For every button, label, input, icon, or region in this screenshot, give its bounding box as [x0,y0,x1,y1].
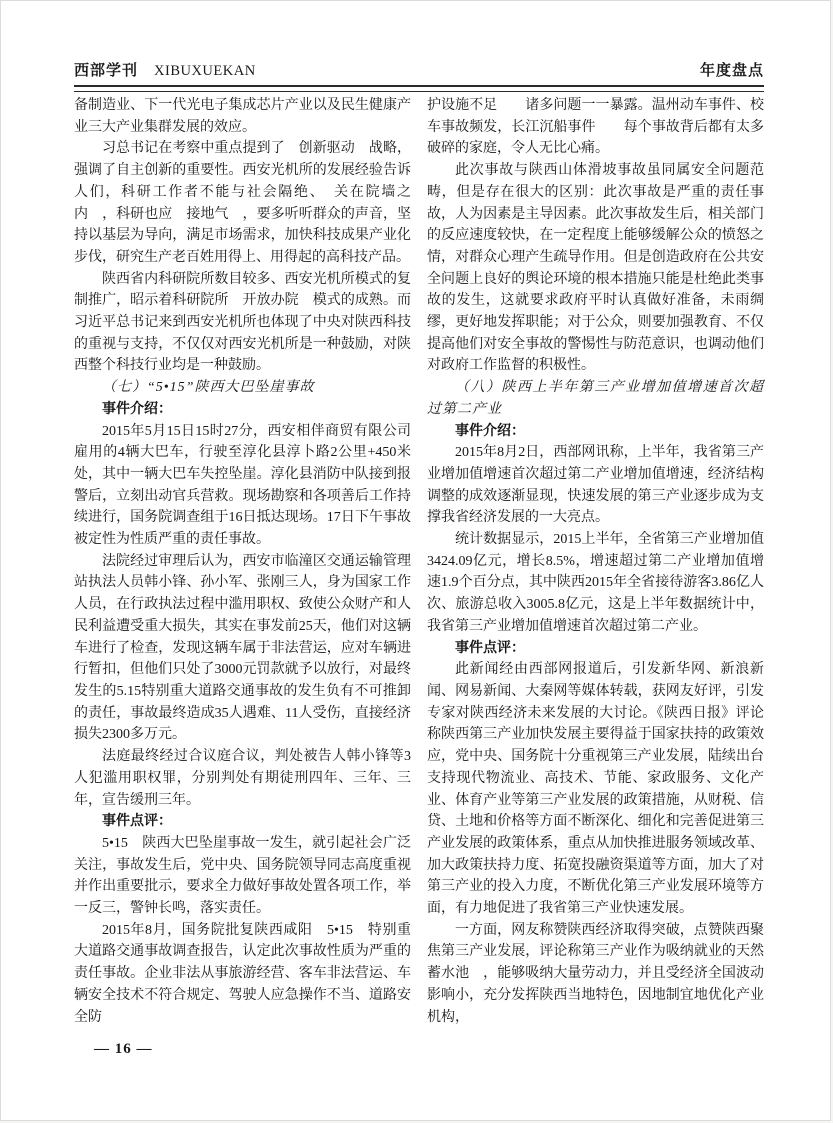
paragraph: 统计数据显示，2015上半年，全省第三产业增加值3424.09亿元，增长8.5%… [427,529,764,638]
paragraph: 2015年8月，国务院批复陕西咸阳 5•15 特别重大道路交通事故调查报告，认定… [74,920,411,1029]
paragraph: 一方面，网友称赞陕西经济取得突破，点赞陕西聚焦第三产业发展，评论称第三产业作为吸… [427,920,764,1029]
paragraph: 2015年5月15日15时27分，西安相伴商贸有限公司雇用的4辆大巴车，行驶至淳… [74,421,411,551]
section-heading-8: （八）陕西上半年第三产业增加值增速首次超过第二产业 [427,377,764,420]
event-intro-label: 事件介绍： [74,399,411,421]
page-footer: — 16 — [94,1041,153,1058]
paragraph: 5•15 陕西大巴坠崖事故一发生，就引起社会广泛关注，事故发生后，党中央、国务院… [74,833,411,920]
journal-page: 西部学刊 XIBUXUEKAN 年度盘点 备制造业、下一代光电子集成芯片产业以及… [0,0,831,1121]
left-column: 备制造业、下一代光电子集成芯片产业以及民生健康产业三大产业集群发展的效应。 习总… [74,95,411,1028]
journal-title: 西部学刊 [74,59,138,80]
right-column: 护设施不足 诸多问题一一暴露。温州动车事件、校车事故频发，长江沉船事件 每个事故… [427,95,764,1028]
paragraph-continuation: 护设施不足 诸多问题一一暴露。温州动车事件、校车事故频发，长江沉船事件 每个事故… [427,95,764,160]
paragraph: 法院经过审理后认为，西安市临潼区交通运输管理站执法人员韩小锋、孙小军、张刚三人，… [74,551,411,746]
event-intro-label: 事件介绍： [427,421,764,443]
paragraph: 此新闻经由西部网报道后，引发新华网、新浪新闻、网易新闻、大秦网等媒体转载，获网友… [427,659,764,919]
journal-title-latin: XIBUXUEKAN [154,63,256,80]
event-comment-label: 事件点评： [74,811,411,833]
page-header: 西部学刊 XIBUXUEKAN 年度盘点 [74,59,764,92]
page-number: — 16 — [94,1041,153,1057]
paragraph: 法庭最终经过合议庭合议，判处被告人韩小锋等3人犯滥用职权罪，分别判处有期徒刑四年… [74,746,411,811]
paragraph: 陕西省内科研院所数目较多、西安光机所模式的复制推广，昭示着科研院所 开放办院 模… [74,269,411,378]
paragraph: 此次事故与陕西山体滑坡事故虽同属安全问题范畴，但是存在很大的区别：此次事故是严重… [427,160,764,377]
section-heading-7: （七）“5•15”陕西大巴坠崖事故 [74,377,411,399]
header-double-rule [74,85,764,92]
header-row: 西部学刊 XIBUXUEKAN 年度盘点 [74,59,764,80]
paragraph-continuation: 备制造业、下一代光电子集成芯片产业以及民生健康产业三大产业集群发展的效应。 [74,95,411,138]
event-comment-label: 事件点评： [427,638,764,660]
section-label: 年度盘点 [700,59,764,80]
paragraph: 2015年8月2日，西部网讯称，上半年，我省第三产业增加值增速首次超过第二产业增… [427,442,764,529]
paragraph: 习总书记在考察中重点提到了 创新驱动 战略，强调了自主创新的重要性。西安光机所的… [74,138,411,268]
article-body: 备制造业、下一代光电子集成芯片产业以及民生健康产业三大产业集群发展的效应。 习总… [74,95,764,1028]
